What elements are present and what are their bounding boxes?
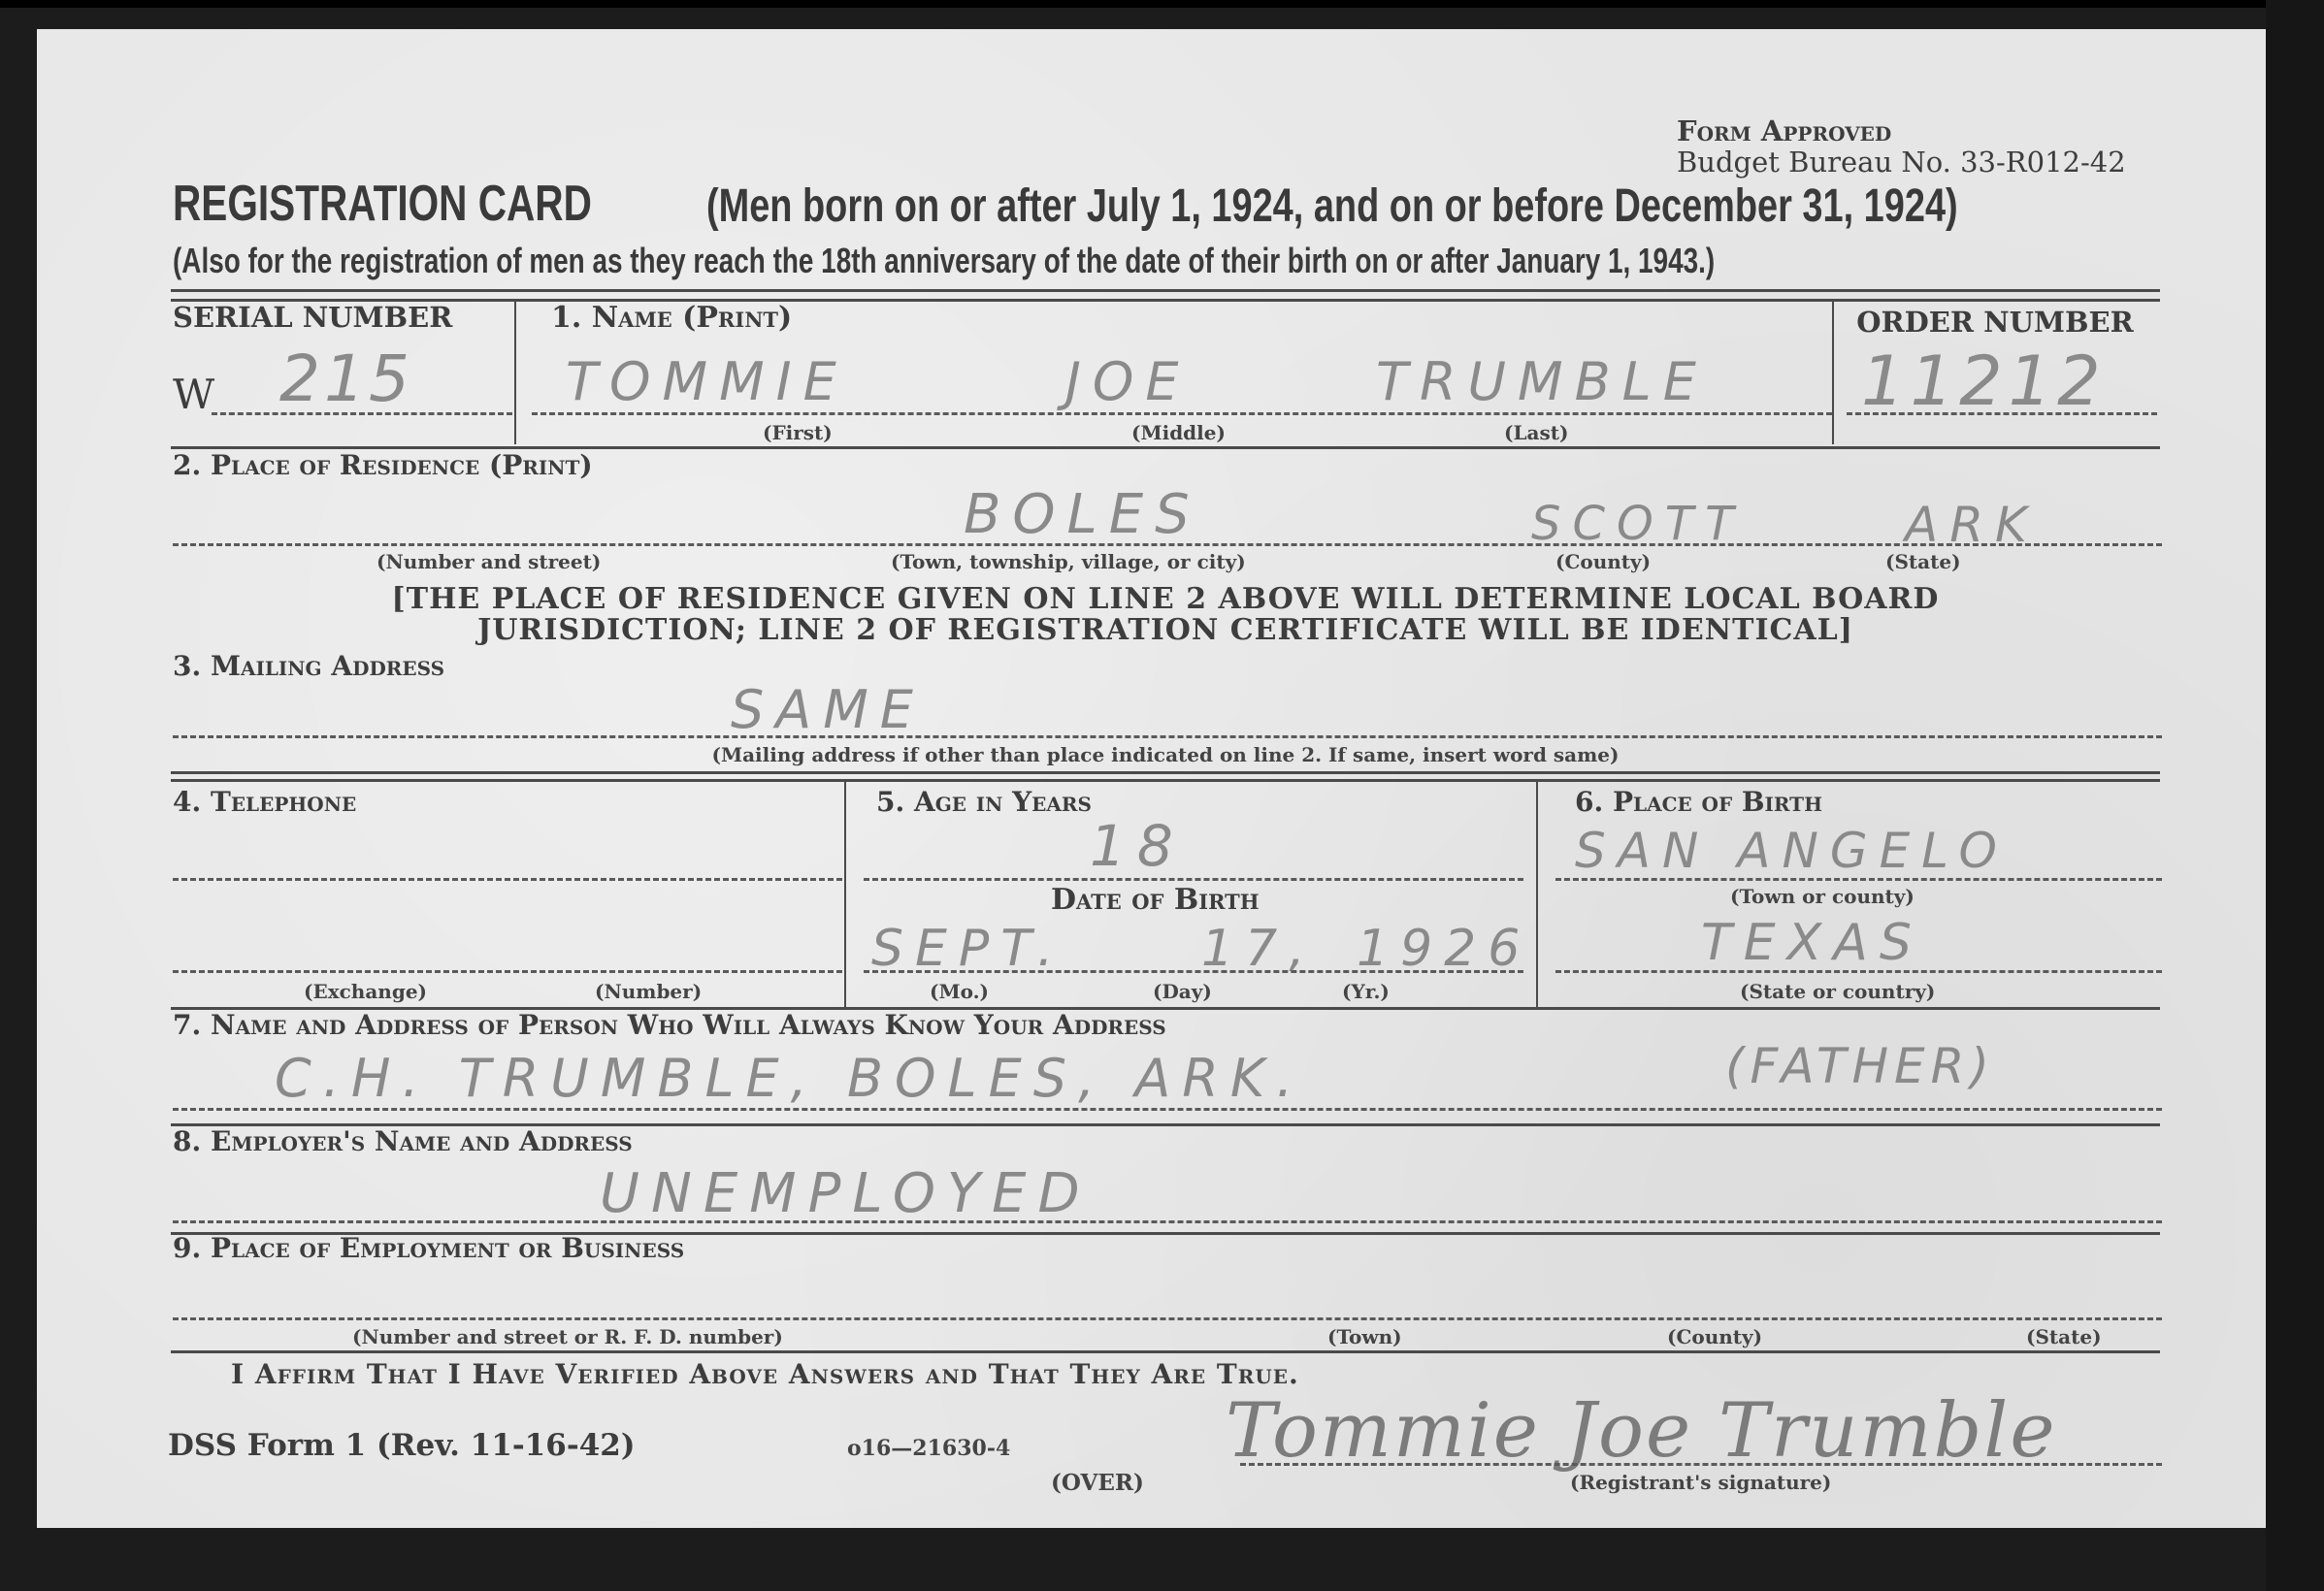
birthplace-town-value: SAN ANGELO	[1575, 823, 2009, 879]
column-divider	[514, 301, 516, 444]
dotted-line	[1847, 412, 2157, 415]
photo-border-right	[2266, 0, 2324, 1591]
jurisdiction-notice-line1: [THE PLACE OF RESIDENCE GIVEN ON LINE 2 …	[171, 582, 2160, 616]
column-divider	[1536, 782, 1538, 1007]
employment-place-label: 9. Place of Employment or Business	[173, 1232, 684, 1264]
last-name-value: TRUMBLE	[1376, 351, 1708, 412]
employer-value: UNEMPLOYED	[600, 1162, 1092, 1225]
divider	[171, 771, 2160, 774]
employment-street-caption: (Number and street or R. F. D. number)	[352, 1325, 783, 1348]
dotted-line	[1555, 970, 2162, 973]
day-caption: (Day)	[1153, 980, 1212, 1003]
dotted-line	[864, 878, 1523, 881]
dotted-line	[173, 970, 842, 973]
number-caption: (Number)	[595, 980, 702, 1003]
contact-person-value: C.H. TRUMBLE, BOLES, ARK.	[275, 1048, 1304, 1109]
employment-town-caption: (Town)	[1327, 1325, 1402, 1348]
signature-line	[1240, 1463, 2162, 1466]
age-label: 5. Age in Years	[876, 786, 1092, 818]
print-code: o16—21630-4	[847, 1436, 1010, 1461]
dotted-line	[173, 1220, 2162, 1223]
mailing-address-caption: (Mailing address if other than place ind…	[171, 743, 2160, 766]
first-caption: (First)	[763, 421, 833, 444]
exchange-caption: (Exchange)	[304, 980, 427, 1003]
affirmation-statement: I Affirm That I Have Verified Above Answ…	[231, 1358, 1299, 1390]
residence-label: 2. Place of Residence (Print)	[173, 449, 593, 481]
employment-county-caption: (County)	[1667, 1325, 1762, 1348]
form-approved: Form Approved	[1677, 114, 1891, 147]
town-caption: (Town, township, village, or city)	[891, 550, 1246, 573]
name-label: 1. Name (Print)	[551, 301, 792, 335]
serial-number-label: SERIAL NUMBER	[173, 301, 452, 334]
photo-border-top	[0, 0, 2324, 8]
contact-person-label: 7. Name and Address of Person Who Will A…	[173, 1009, 1166, 1041]
divider	[171, 779, 2160, 782]
order-number-value: 11212	[1861, 341, 2107, 421]
town-or-county-caption: (Town or county)	[1730, 885, 1915, 908]
jurisdiction-notice-line2: JURISDICTION; LINE 2 OF REGISTRATION CER…	[171, 613, 2160, 647]
state-caption: (State)	[1885, 550, 1961, 573]
contact-relation-value: (FATHER)	[1725, 1038, 1995, 1094]
divider	[171, 299, 2160, 302]
mailing-address-value: SAME	[731, 679, 925, 740]
county-caption: (County)	[1555, 550, 1651, 573]
serial-prefix: W	[173, 371, 214, 418]
dotted-line	[173, 1317, 2162, 1320]
dob-month-value: SEPT.	[871, 920, 1064, 978]
employment-state-caption: (State)	[2026, 1325, 2102, 1348]
month-caption: (Mo.)	[930, 980, 989, 1003]
middle-name-value: JOE	[1065, 351, 1191, 412]
column-divider	[844, 782, 846, 1007]
dob-year-value: 1926	[1357, 920, 1531, 978]
employer-label: 8. Employer's Name and Address	[173, 1125, 633, 1157]
residence-town-value: BOLES	[964, 483, 1201, 546]
divider	[171, 289, 2160, 292]
dotted-line	[532, 412, 1832, 415]
telephone-label: 4. Telephone	[173, 786, 356, 818]
eligibility-note: (Men born on or after July 1, 1924, and …	[706, 179, 1958, 233]
birthplace-label: 6. Place of Birth	[1575, 786, 1822, 818]
state-or-country-caption: (State or country)	[1740, 980, 1935, 1003]
over-note: (OVER)	[1051, 1470, 1144, 1496]
form-id: DSS Form 1 (Rev. 11-16-42)	[168, 1428, 636, 1463]
registration-card: Form Approved Budget Bureau No. 33-R012-…	[37, 29, 2266, 1528]
dotted-line	[173, 543, 2162, 546]
also-for-note: (Also for the registration of men as the…	[173, 241, 1715, 281]
order-number-label: ORDER NUMBER	[1830, 306, 2160, 339]
dotted-line	[173, 1108, 2162, 1111]
mailing-address-label: 3. Mailing Address	[173, 650, 444, 682]
age-value: 18	[1090, 813, 1185, 879]
birthplace-state-value: TEXAS	[1701, 914, 1923, 972]
dotted-line	[1555, 878, 2162, 881]
budget-bureau-number: Budget Bureau No. 33-R012-42	[1677, 146, 2126, 179]
year-caption: (Yr.)	[1342, 980, 1390, 1003]
signature-caption: (Registrant's signature)	[1570, 1471, 1831, 1494]
registrant-signature: Tommie Joe Trumble	[1226, 1387, 2057, 1475]
number-street-caption: (Number and street)	[376, 550, 601, 573]
form-title: REGISTRATION CARD	[173, 175, 592, 233]
date-of-birth-label: Date of Birth	[1051, 883, 1260, 917]
dob-day-value: 17,	[1201, 920, 1317, 978]
serial-number-value: 215	[279, 341, 413, 416]
middle-caption: (Middle)	[1131, 421, 1226, 444]
divider	[171, 1350, 2160, 1353]
first-name-value: TOMMIE	[566, 351, 848, 412]
dotted-line	[212, 412, 512, 415]
dotted-line	[864, 970, 1523, 973]
dotted-line	[173, 735, 2162, 738]
last-caption: (Last)	[1504, 421, 1568, 444]
dotted-line	[173, 878, 842, 881]
